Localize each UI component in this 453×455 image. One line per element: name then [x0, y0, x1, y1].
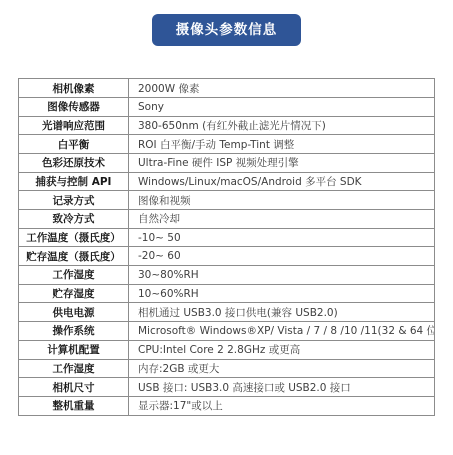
table-row: 捕获与控制 APIWindows/Linux/macOS/Android 多平台… — [19, 172, 435, 191]
spec-value: 30~80%RH — [129, 266, 435, 285]
spec-value: Windows/Linux/macOS/Android 多平台 SDK — [129, 172, 435, 191]
spec-value: ROI 白平衡/手动 Temp-Tint 调整 — [129, 135, 435, 154]
spec-value: -10~ 50 — [129, 228, 435, 247]
table-row: 计算机配置CPU:Intel Core 2 2.8GHz 或更高 — [19, 340, 435, 359]
spec-label: 计算机配置 — [19, 340, 129, 359]
spec-value: 2000W 像素 — [129, 79, 435, 98]
spec-label: 致冷方式 — [19, 210, 129, 229]
spec-label: 记录方式 — [19, 191, 129, 210]
table-row: 相机尺寸USB 接口: USB3.0 高速接口或 USB2.0 接口 — [19, 378, 435, 397]
table-row: 贮存温度（摄氏度）-20~ 60 — [19, 247, 435, 266]
spec-value: CPU:Intel Core 2 2.8GHz 或更高 — [129, 340, 435, 359]
camera-spec-page: 摄像头参数信息 相机像素2000W 像素图像传感器Sony光谱响应范围380-6… — [0, 0, 453, 455]
spec-value: Microsoft® Windows®XP/ Vista / 7 / 8 /10… — [129, 322, 435, 341]
spec-value: 380-650nm (有红外截止滤光片情况下) — [129, 116, 435, 135]
spec-label: 捕获与控制 API — [19, 172, 129, 191]
spec-value: 图像和视频 — [129, 191, 435, 210]
spec-value: 10~60%RH — [129, 284, 435, 303]
table-row: 工作温度（摄氏度）-10~ 50 — [19, 228, 435, 247]
title-container: 摄像头参数信息 — [0, 0, 453, 46]
spec-label: 色彩还原技术 — [19, 153, 129, 172]
table-row: 相机像素2000W 像素 — [19, 79, 435, 98]
spec-table: 相机像素2000W 像素图像传感器Sony光谱响应范围380-650nm (有红… — [18, 78, 435, 415]
spec-value: Ultra-Fine 硬件 ISP 视频处理引擎 — [129, 153, 435, 172]
spec-value: Sony — [129, 97, 435, 116]
spec-table-body: 相机像素2000W 像素图像传感器Sony光谱响应范围380-650nm (有红… — [19, 79, 435, 415]
spec-value: -20~ 60 — [129, 247, 435, 266]
spec-label: 整机重量 — [19, 396, 129, 415]
spec-label: 相机像素 — [19, 79, 129, 98]
table-row: 色彩还原技术Ultra-Fine 硬件 ISP 视频处理引擎 — [19, 153, 435, 172]
spec-value: 内存:2GB 或更大 — [129, 359, 435, 378]
spec-label: 图像传感器 — [19, 97, 129, 116]
spec-label: 工作温度（摄氏度） — [19, 228, 129, 247]
spec-label: 光谱响应范围 — [19, 116, 129, 135]
spec-value: 自然冷却 — [129, 210, 435, 229]
spec-label: 白平衡 — [19, 135, 129, 154]
spec-value: 显示器:17"或以上 — [129, 396, 435, 415]
spec-label: 操作系统 — [19, 322, 129, 341]
spec-label: 贮存温度（摄氏度） — [19, 247, 129, 266]
table-row: 图像传感器Sony — [19, 97, 435, 116]
table-row: 工作湿度内存:2GB 或更大 — [19, 359, 435, 378]
spec-label: 工作湿度 — [19, 266, 129, 285]
spec-value: 相机通过 USB3.0 接口供电(兼容 USB2.0) — [129, 303, 435, 322]
spec-label: 工作湿度 — [19, 359, 129, 378]
table-row: 供电电源相机通过 USB3.0 接口供电(兼容 USB2.0) — [19, 303, 435, 322]
table-row: 光谱响应范围380-650nm (有红外截止滤光片情况下) — [19, 116, 435, 135]
table-row: 致冷方式自然冷却 — [19, 210, 435, 229]
page-title: 摄像头参数信息 — [152, 14, 302, 46]
spec-label: 相机尺寸 — [19, 378, 129, 397]
spec-label: 贮存湿度 — [19, 284, 129, 303]
table-row: 工作湿度30~80%RH — [19, 266, 435, 285]
spec-label: 供电电源 — [19, 303, 129, 322]
spec-value: USB 接口: USB3.0 高速接口或 USB2.0 接口 — [129, 378, 435, 397]
table-row: 贮存湿度10~60%RH — [19, 284, 435, 303]
table-row: 整机重量显示器:17"或以上 — [19, 396, 435, 415]
table-row: 操作系统Microsoft® Windows®XP/ Vista / 7 / 8… — [19, 322, 435, 341]
table-row: 白平衡ROI 白平衡/手动 Temp-Tint 调整 — [19, 135, 435, 154]
table-row: 记录方式图像和视频 — [19, 191, 435, 210]
